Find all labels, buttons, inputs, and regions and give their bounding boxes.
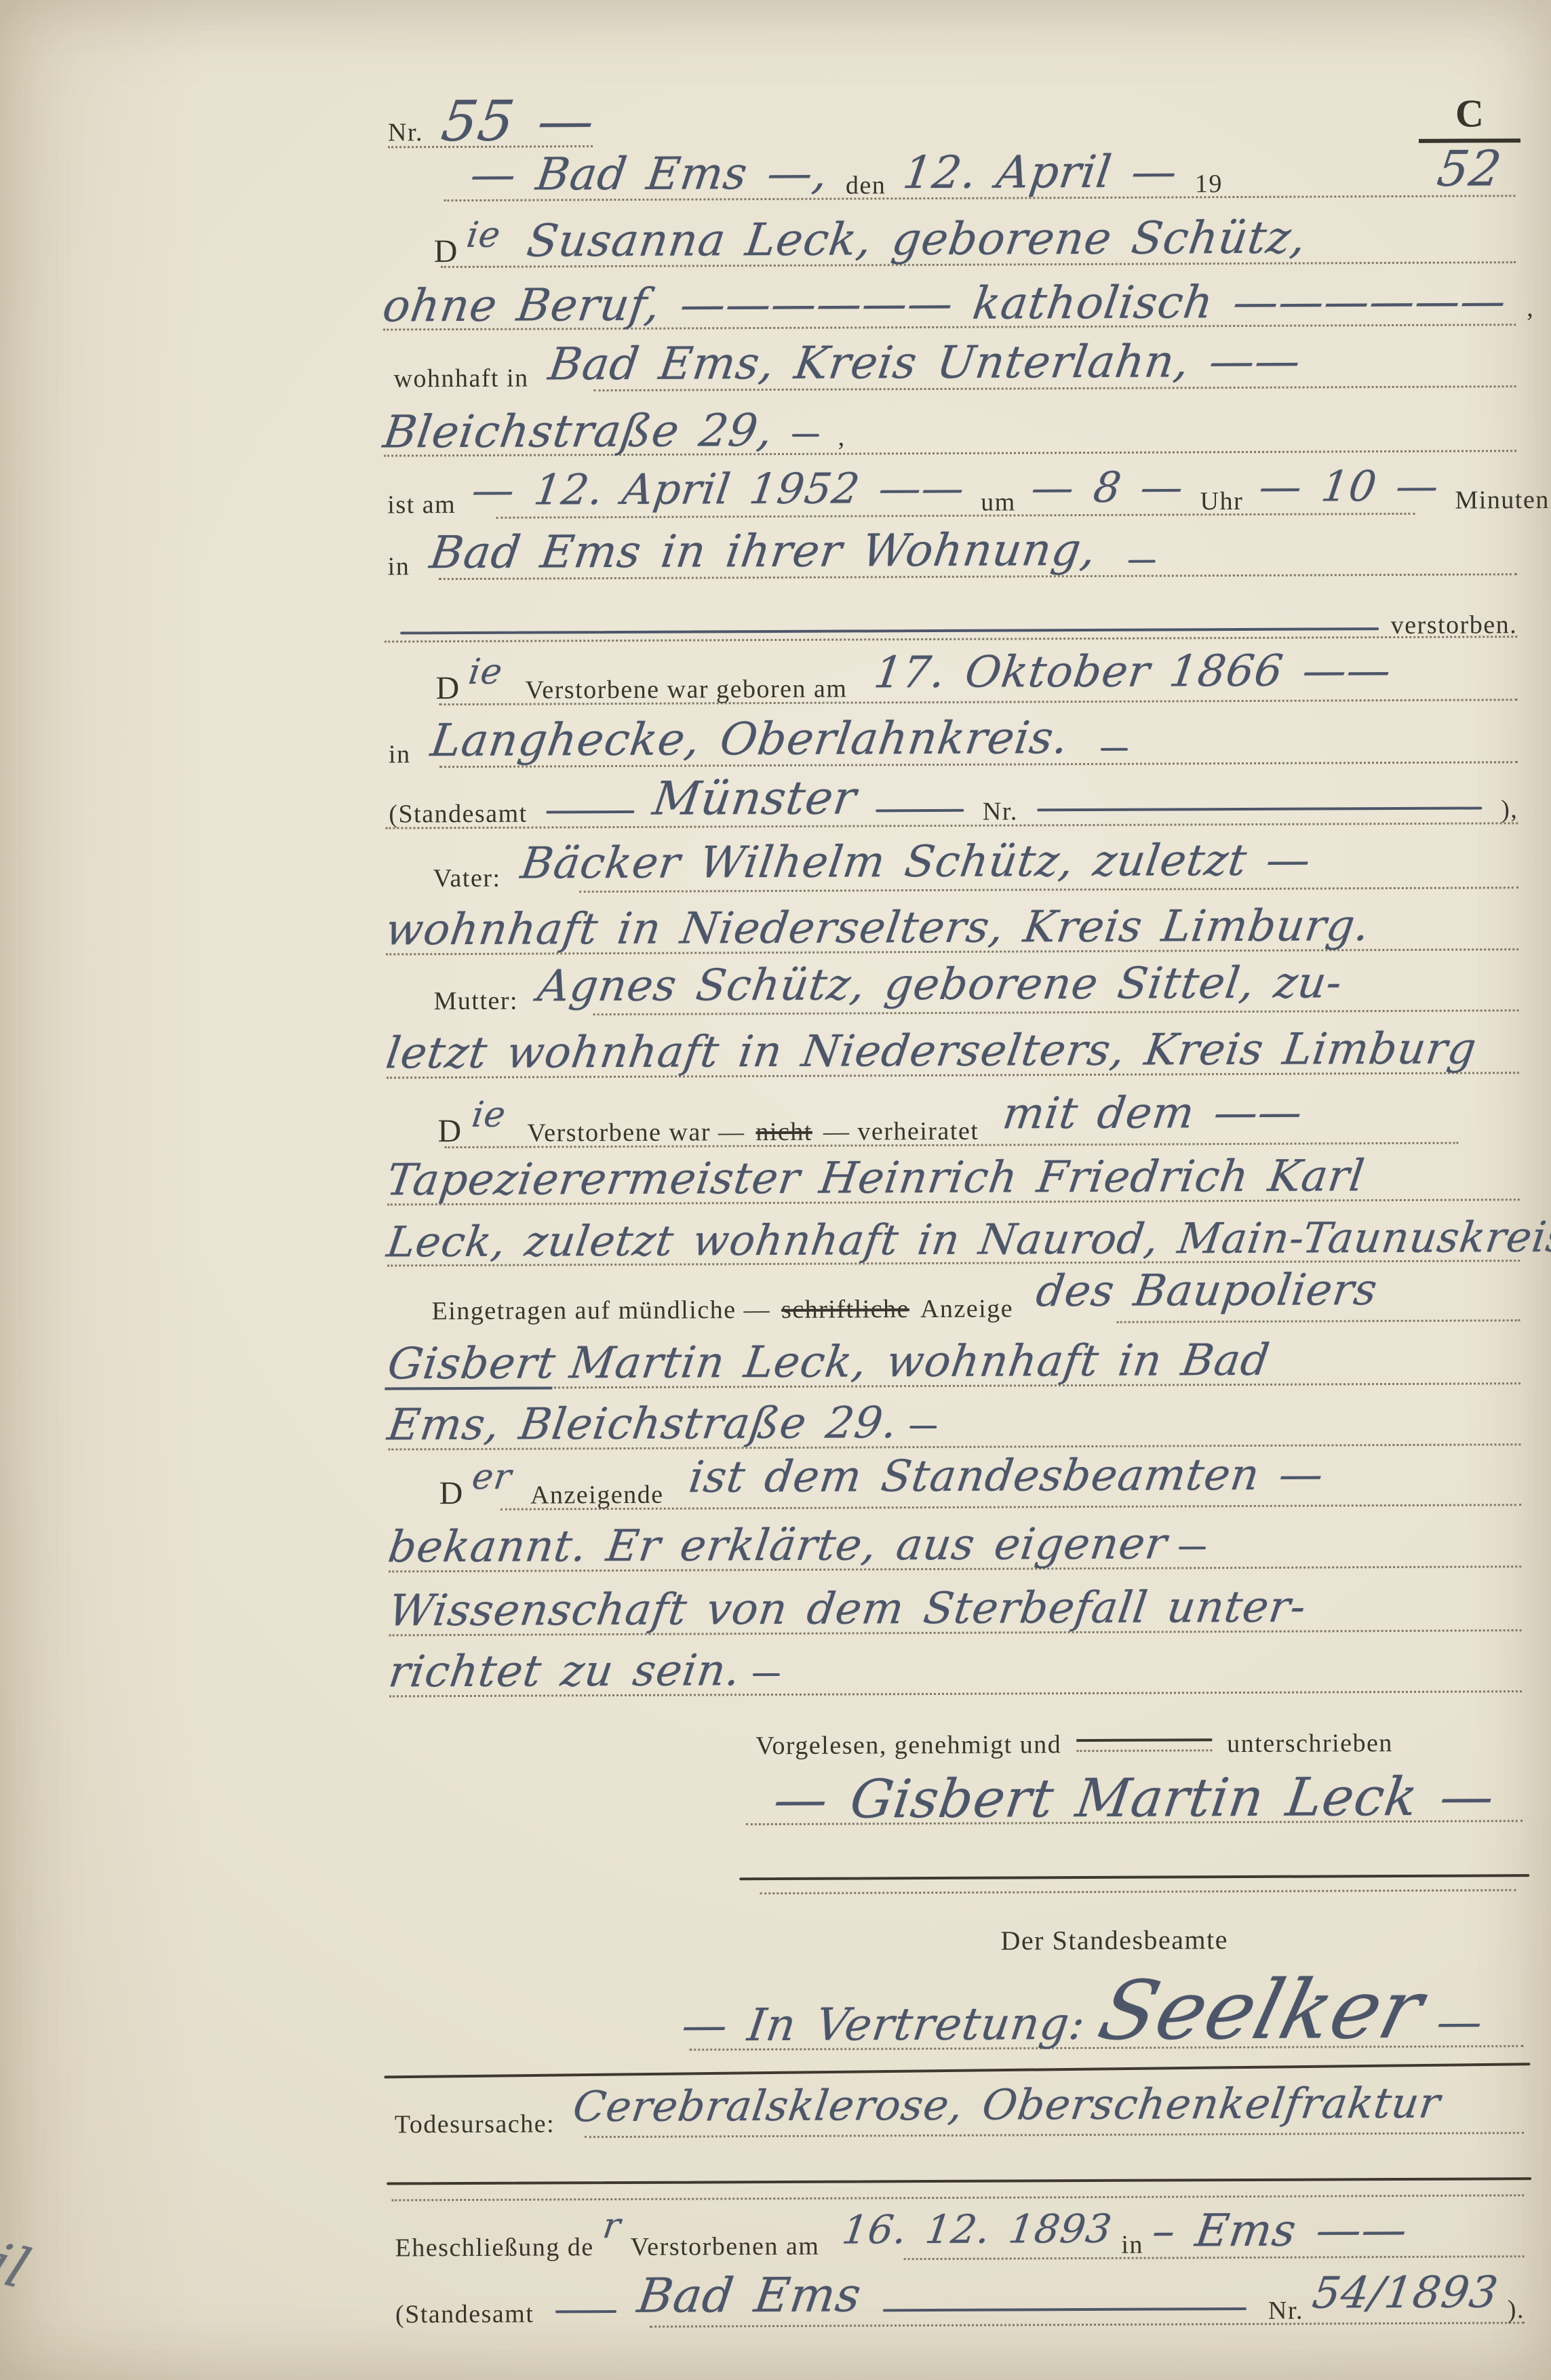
verstorbenen-am-label: Verstorbenen am	[630, 2233, 819, 2260]
declarant-name-rest: Martin Leck, wohnhaft in Bad	[567, 1339, 1272, 1386]
field-mother-line1: Mutter: Agnes Schütz, geborene Sittel, z…	[433, 969, 1342, 1017]
schriftliche-label-struck: schriftliche	[781, 1296, 909, 1323]
place-handwritten: — Bad Ems —,	[468, 151, 831, 197]
field-declarant-name: Gisbert Martin Leck, wohnhaft in Bad	[388, 1339, 1270, 1390]
registry-number-handwritten: 54/1893	[1310, 2271, 1501, 2315]
death-hour-handwritten: — 8 —	[1029, 466, 1186, 509]
field-birth-place: in Langhecke, Oberlahnkreis.	[389, 722, 1140, 770]
printed-d: D	[437, 1115, 461, 1148]
field-occupation-religion: ohne Beruf, —————— katholisch —————— ,	[383, 279, 1534, 328]
field-spouse-line1: Tapezierermeister Heinrich Friedrich Kar…	[387, 1154, 1365, 1202]
in-label: in	[389, 741, 411, 767]
field-attestation: Vorgelesen, genehmigt und unterschrieben	[755, 1730, 1525, 1759]
field-registration: Eingetragen auf mündliche — schriftliche…	[431, 1279, 1377, 1327]
field-date-line: — Bad Ems —, den 12. April — 19	[471, 155, 1223, 203]
father-label: Vater:	[433, 865, 501, 891]
field-residence: wohnhaft in Bad Ems, Kreis Unterlahn, ——	[393, 346, 1301, 395]
ink-filler-stroke	[555, 2310, 616, 2313]
field-prior-marriage: Eheschließung de r Verstorbenen am 16. 1…	[395, 2215, 1407, 2264]
mit-dem-handwritten: mit dem ——	[1000, 1091, 1305, 1136]
death-date-handwritten: — 12. April 1952 ——	[469, 467, 967, 511]
anzeige-label: Anzeige	[920, 1295, 1013, 1322]
occupation-handwritten: ohne Beruf, ——————	[380, 281, 956, 329]
statement-handwritten-4: richtet zu sein.	[387, 1649, 744, 1694]
ink-filler-stroke	[547, 811, 635, 814]
field-declarant-signature: — Gisbert Martin Leck —	[746, 1770, 1523, 1827]
printed-d: D	[435, 672, 459, 705]
statement-handwritten-3: Wissenschaft von dem Sterbefall unter-	[386, 1586, 1309, 1633]
ink-filler-stroke	[909, 1426, 937, 1428]
field-death-place: in Bad Ems in ihrer Wohnung,	[388, 534, 1168, 582]
standesamt-label: (Standesamt	[395, 2301, 534, 2328]
ist-am-label: ist am	[387, 492, 456, 518]
cause-of-death-handwritten: Cerebralsklerose, Oberschenkelfraktur	[571, 2082, 1443, 2128]
field-prior-marriage-registry: (Standesamt Bad Ems Nr. 54/1893 ).	[395, 2278, 1525, 2330]
ink-filler-stroke	[1037, 806, 1482, 811]
record-number-value: 55 —	[438, 94, 598, 150]
registrar-title-label: Der Standesbeamte	[1001, 1926, 1229, 1954]
street-handwritten: Bleichstraße 29,	[380, 408, 776, 455]
residence-handwritten: Bad Ems, Kreis Unterlahn, ——	[546, 339, 1303, 387]
anzeigende-label: Anzeigende	[530, 1482, 664, 1508]
eheschliessung-label: Eheschließung de	[395, 2234, 593, 2261]
mother-handwritten: Agnes Schütz, geborene Sittel, zu-	[536, 961, 1346, 1008]
d-suffix-handwritten: er	[470, 1460, 514, 1495]
sup-r-handwritten: r	[601, 2208, 623, 2244]
death-minute-handwritten: — 10 —	[1257, 465, 1442, 508]
corner-classification-block: C 52	[1419, 90, 1521, 193]
nr-label: Nr.	[983, 798, 1018, 824]
death-place-handwritten: Bad Ems in ihrer Wohnung,	[427, 528, 1099, 575]
field-verstorben: verstorben.	[388, 612, 1517, 642]
field-statement-line3: Wissenschaft von dem Sterbefall unter-	[389, 1586, 1305, 1633]
field-birth-registry: (Standesamt Münster Nr. ),	[389, 779, 1518, 830]
field-birth-date: D ie Verstorbene war geboren am 17. Okto…	[435, 659, 1391, 706]
declarant-signature-handwritten: — Gisbert Martin Leck —	[770, 1770, 1497, 1827]
um-label: um	[981, 489, 1016, 515]
declarant-address-handwritten: Ems, Bleichstraße 29.	[385, 1401, 901, 1447]
declarant-of-handwritten: des Baupoliers	[1034, 1268, 1380, 1313]
father-handwritten-2: wohnhaft in Niederselters, Kreis Limburg…	[383, 904, 1373, 952]
corner-year-handwritten: 52	[1434, 144, 1504, 193]
vorgelesen-label: Vorgelesen, genehmigt und	[755, 1732, 1061, 1759]
d-suffix-handwritten: ie	[465, 218, 503, 253]
century-label: 19	[1195, 171, 1223, 197]
printed-d: D	[434, 235, 458, 268]
field-street: Bleichstraße 29, ,	[384, 408, 846, 455]
registry-office-handwritten: Münster	[650, 775, 859, 822]
unterschrieben-label: unterschrieben	[1227, 1730, 1393, 1757]
spouse-handwritten-2: Leck, zuletzt wohnhaft in Naurod, Main-T…	[385, 1216, 1551, 1264]
den-label: den	[846, 172, 886, 198]
corner-letter: C	[1419, 90, 1520, 143]
in-label: in	[388, 553, 410, 579]
in-label: in	[1121, 2232, 1143, 2258]
eingetragen-label: Eingetragen auf mündliche —	[431, 1297, 770, 1324]
field-spouse-line2: Leck, zuletzt wohnhaft in Naurod, Main-T…	[387, 1216, 1551, 1264]
birth-place-handwritten: Langhecke, Oberlahnkreis.	[428, 716, 1071, 763]
form-sheet: C 52 Nr. 55 — — Bad Ems —, den 12. April…	[0, 0, 1551, 2380]
religion-handwritten: katholisch ——————	[970, 279, 1510, 326]
field-death-datetime: ist am — 12. April 1952 —— um — 8 — Uhr …	[387, 473, 1550, 520]
record-number-label: Nr.	[388, 119, 423, 145]
d-suffix-handwritten: ie	[467, 655, 505, 690]
trailing-dash-handwritten: —	[1434, 1999, 1485, 2044]
ink-filler-stroke	[753, 1673, 780, 1676]
paren-close: ).	[1508, 2297, 1525, 2322]
field-record-number: Nr. 55 —	[388, 94, 595, 150]
margin-ink-fragment: il	[0, 2236, 33, 2299]
registrar-signature-handwritten: Seelker	[1091, 1970, 1430, 2052]
horizontal-rule	[387, 2177, 1531, 2185]
dotted-line	[760, 1889, 1516, 1894]
cause-of-death-label: Todesursache:	[395, 2111, 555, 2137]
field-father-line1: Vater: Bäcker Wilhelm Schütz, zuletzt —	[433, 847, 1311, 895]
trailing-comma: ,	[1527, 295, 1534, 321]
field-father-line2: wohnhaft in Niederselters, Kreis Limburg…	[386, 904, 1370, 952]
field-registrar-signature: — In Vertretung: Seelker —	[682, 1969, 1527, 2054]
standesamt-label: (Standesamt	[389, 801, 528, 827]
spouse-handwritten-1: Tapezierermeister Heinrich Friedrich Kar…	[384, 1154, 1367, 1202]
marriage-place-handwritten: – Ems ——	[1150, 2208, 1411, 2254]
mother-label: Mutter:	[433, 988, 518, 1015]
horizontal-rule	[384, 2063, 1530, 2078]
scanned-death-register-page: { "colors": { "paper": "#e8e2d1", "print…	[0, 0, 1551, 2380]
father-handwritten: Bäcker Wilhelm Schütz, zuletzt —	[518, 839, 1314, 886]
printed-d: D	[439, 1477, 463, 1510]
blank-line-segment	[1076, 1738, 1212, 1752]
field-statement-line2: bekannt. Er erklärte, aus eigener	[389, 1522, 1219, 1569]
dotted-line	[391, 2194, 1524, 2201]
ink-filler-stroke	[1179, 1546, 1206, 1549]
ink-filler-stroke	[883, 2307, 1246, 2311]
residence-label: wohnhaft in	[393, 366, 528, 392]
field-declarant-statement: D er Anzeigende ist dem Standesbeamten —	[439, 1464, 1324, 1511]
paren-close: ),	[1501, 796, 1518, 822]
minuten-label: Minuten	[1455, 487, 1549, 513]
nicht-label-struck: nicht	[755, 1119, 812, 1145]
margin-ink-fragment-text: il	[0, 2236, 37, 2297]
vertretung-handwritten: — In Vertretung:	[680, 2002, 1088, 2048]
birth-date-handwritten: 17. Oktober 1866 ——	[871, 649, 1394, 695]
nr-label: Nr.	[1268, 2298, 1303, 2324]
date-handwritten: 12. April —	[901, 149, 1181, 195]
born-on-label: Verstorbene war geboren am	[526, 676, 848, 703]
verstorben-label: verstorben.	[1391, 612, 1518, 638]
field-statement-line4: richtet zu sein.	[389, 1649, 792, 1694]
registry-office-handwritten: Bad Ems	[635, 2271, 864, 2319]
field-deceased-name: D ie Susanna Leck, geborene Schütz,	[434, 221, 1306, 270]
war-label: Verstorbene war —	[527, 1119, 745, 1146]
field-marital-status: D ie Verstorbene war — nicht — verheirat…	[437, 1102, 1302, 1150]
field-mother-line2: letzt wohnhaft in Niederselters, Kreis L…	[387, 1027, 1476, 1075]
ink-filler-stroke	[1128, 560, 1156, 563]
statement-handwritten-1: ist dem Standesbeamten —	[686, 1453, 1326, 1499]
ink-filler-stroke	[1101, 748, 1128, 751]
field-registrar-title: Der Standesbeamte	[1001, 1926, 1229, 1954]
marriage-date-handwritten: 16. 12. 1893	[840, 2209, 1114, 2250]
uhr-label: Uhr	[1200, 488, 1244, 514]
mother-handwritten-2: letzt wohnhaft in Niederselters, Kreis L…	[384, 1027, 1479, 1075]
horizontal-rule	[739, 1874, 1529, 1880]
field-cause-of-death: Todesursache: Cerebralsklerose, Obersche…	[395, 2093, 1441, 2140]
declarant-first-name-underlined: Gisbert	[385, 1342, 558, 1390]
field-declarant-address: Ems, Bleichstraße 29.	[388, 1401, 949, 1447]
ink-filler-stroke	[792, 434, 819, 437]
verheiratet-label: — verheiratet	[823, 1118, 979, 1145]
statement-handwritten-2: bekannt. Er erklärte, aus eigener	[386, 1522, 1170, 1569]
d-suffix-handwritten: ie	[469, 1097, 507, 1133]
ink-filler-stroke	[876, 809, 964, 813]
ink-filler-stroke	[400, 627, 1379, 634]
trailing-comma: ,	[838, 425, 845, 450]
deceased-name-handwritten: Susanna Leck, geborene Schütz,	[524, 216, 1309, 264]
